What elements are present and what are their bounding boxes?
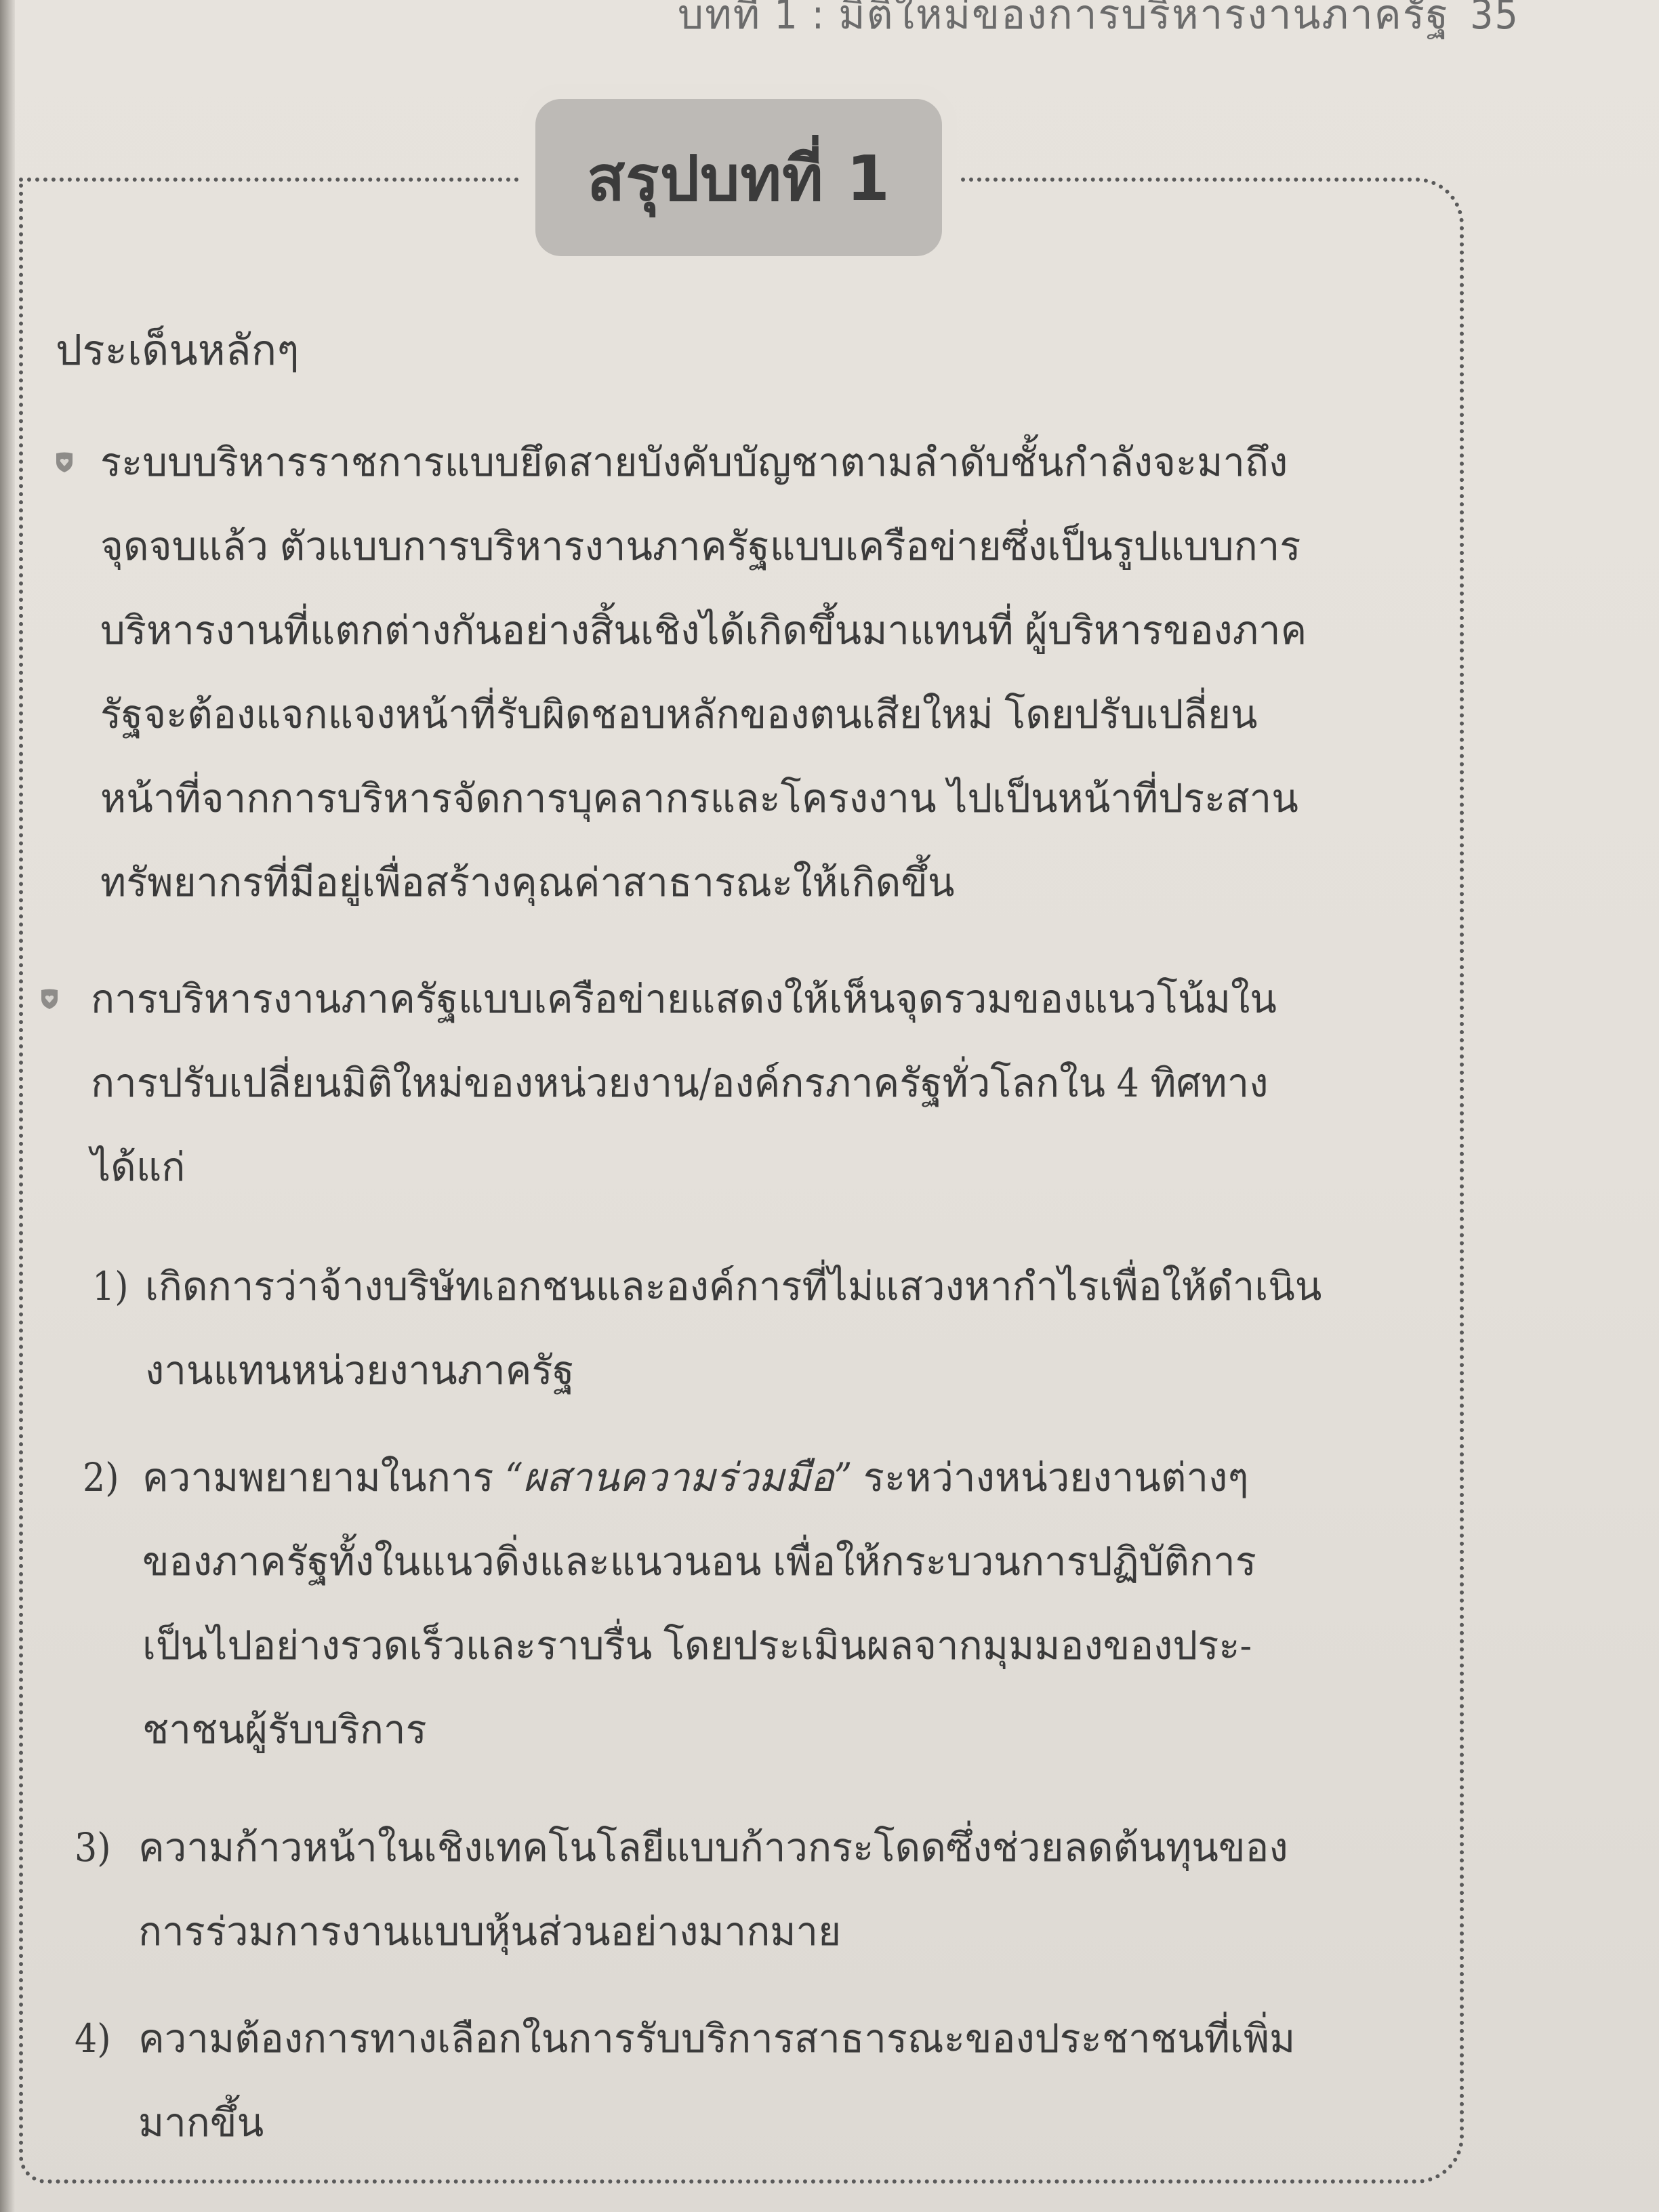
- emphasized-term: “ผสานความร่วมมือ”: [505, 1454, 852, 1500]
- item-paragraph: ความก้าวหน้าในเชิงเทคโนโลยีแบบก้าวกระโดด…: [138, 1805, 1419, 1973]
- running-header: บทที่ 1 : มิติใหม่ของการบริหารงานภาครัฐ3…: [678, 0, 1450, 47]
- item-number: 1): [92, 1244, 129, 1328]
- shield-heart-icon: [54, 451, 75, 473]
- item-number: 2): [83, 1435, 119, 1519]
- item-paragraph: ความพยายามในการ “ผสานความร่วมมือ” ระหว่า…: [142, 1435, 1419, 1771]
- summary-title: สรุปบทที่ 1: [587, 128, 890, 228]
- summary-title-tab: สรุปบทที่ 1: [535, 99, 942, 256]
- section-heading: ประเด็นหลักๆ: [56, 317, 300, 384]
- item-paragraph: ความต้องการทางเลือกในการรับบริการสาธารณะ…: [138, 1996, 1419, 2165]
- bullet-paragraph: ระบบบริหารราชการแบบยึดสายบังคับบัญชาตามล…: [100, 420, 1418, 924]
- bullet-paragraph: การบริหารงานภาครัฐแบบเครือข่ายแสดงให้เห็…: [91, 957, 1419, 1209]
- item-number: 3): [75, 1805, 111, 1889]
- item-number: 4): [75, 1996, 111, 2081]
- book-page: บทที่ 1 : มิติใหม่ของการบริหารงานภาครัฐ3…: [0, 0, 1659, 2212]
- running-header-title: บทที่ 1 : มิติใหม่ของการบริหารงานภาครัฐ: [678, 0, 1450, 39]
- page-number: 35: [1470, 0, 1519, 39]
- shield-heart-icon: [39, 988, 60, 1010]
- item-paragraph: เกิดการว่าจ้างบริษัทเอกชนและองค์การที่ไม…: [145, 1244, 1419, 1412]
- book-binding-edge: [0, 0, 15, 2212]
